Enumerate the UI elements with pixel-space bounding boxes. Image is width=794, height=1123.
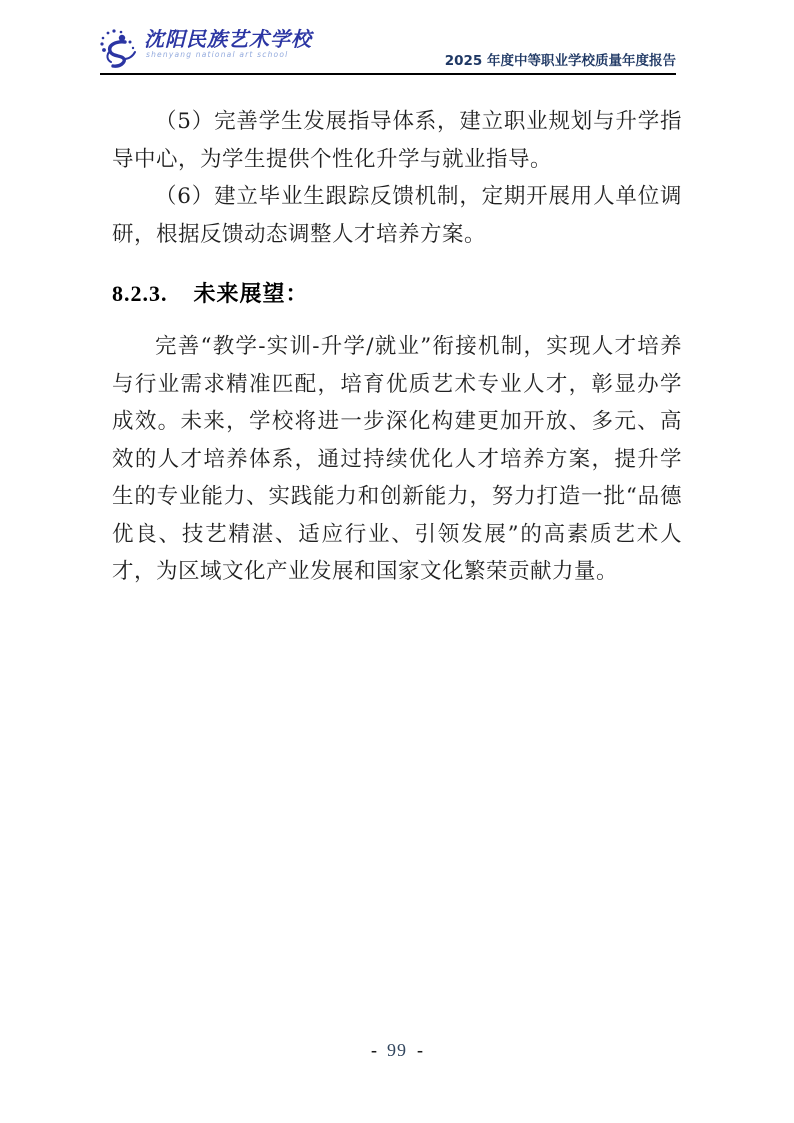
section-heading-number: 8.2.3. [112,281,168,306]
school-logo: 沈阳民族艺术学校 shenyang national art school [100,29,312,73]
section-heading: 8.2.3.未来展望： [112,279,682,309]
paragraph-future-outlook: 完善“教学-实训-升学/就业”衔接机制，实现人才培养与行业需求精准匹配，培育优质… [112,328,682,591]
footer-dash-right: - [417,1040,423,1060]
section-heading-text: 未来展望： [194,281,309,307]
report-page: 沈阳民族艺术学校 shenyang national art school 20… [0,0,794,1123]
footer-dash-left: - [371,1040,377,1060]
paragraph-item-5: （5）完善学生发展指导体系，建立职业规划与升学指导中心，为学生提供个性化升学与就… [112,103,682,178]
school-logo-text: 沈阳民族艺术学校 shenyang national art school [144,29,312,59]
page-footer: -99- [0,1038,794,1062]
school-name-cn: 沈阳民族艺术学校 [144,29,312,49]
footer-page-number: 99 [387,1040,407,1060]
page-header: 沈阳民族艺术学校 shenyang national art school 20… [100,30,676,75]
school-logo-icon [100,29,140,71]
school-name-en: shenyang national art school [146,51,312,59]
paragraph-item-6: （6）建立毕业生跟踪反馈机制，定期开展用人单位调研，根据反馈动态调整人才培养方案… [112,178,682,253]
report-header-title: 2025 年度中等职业学校质量年度报告 [445,49,676,73]
page-content: （5）完善学生发展指导体系，建立职业规划与升学指导中心，为学生提供个性化升学与就… [112,103,682,591]
